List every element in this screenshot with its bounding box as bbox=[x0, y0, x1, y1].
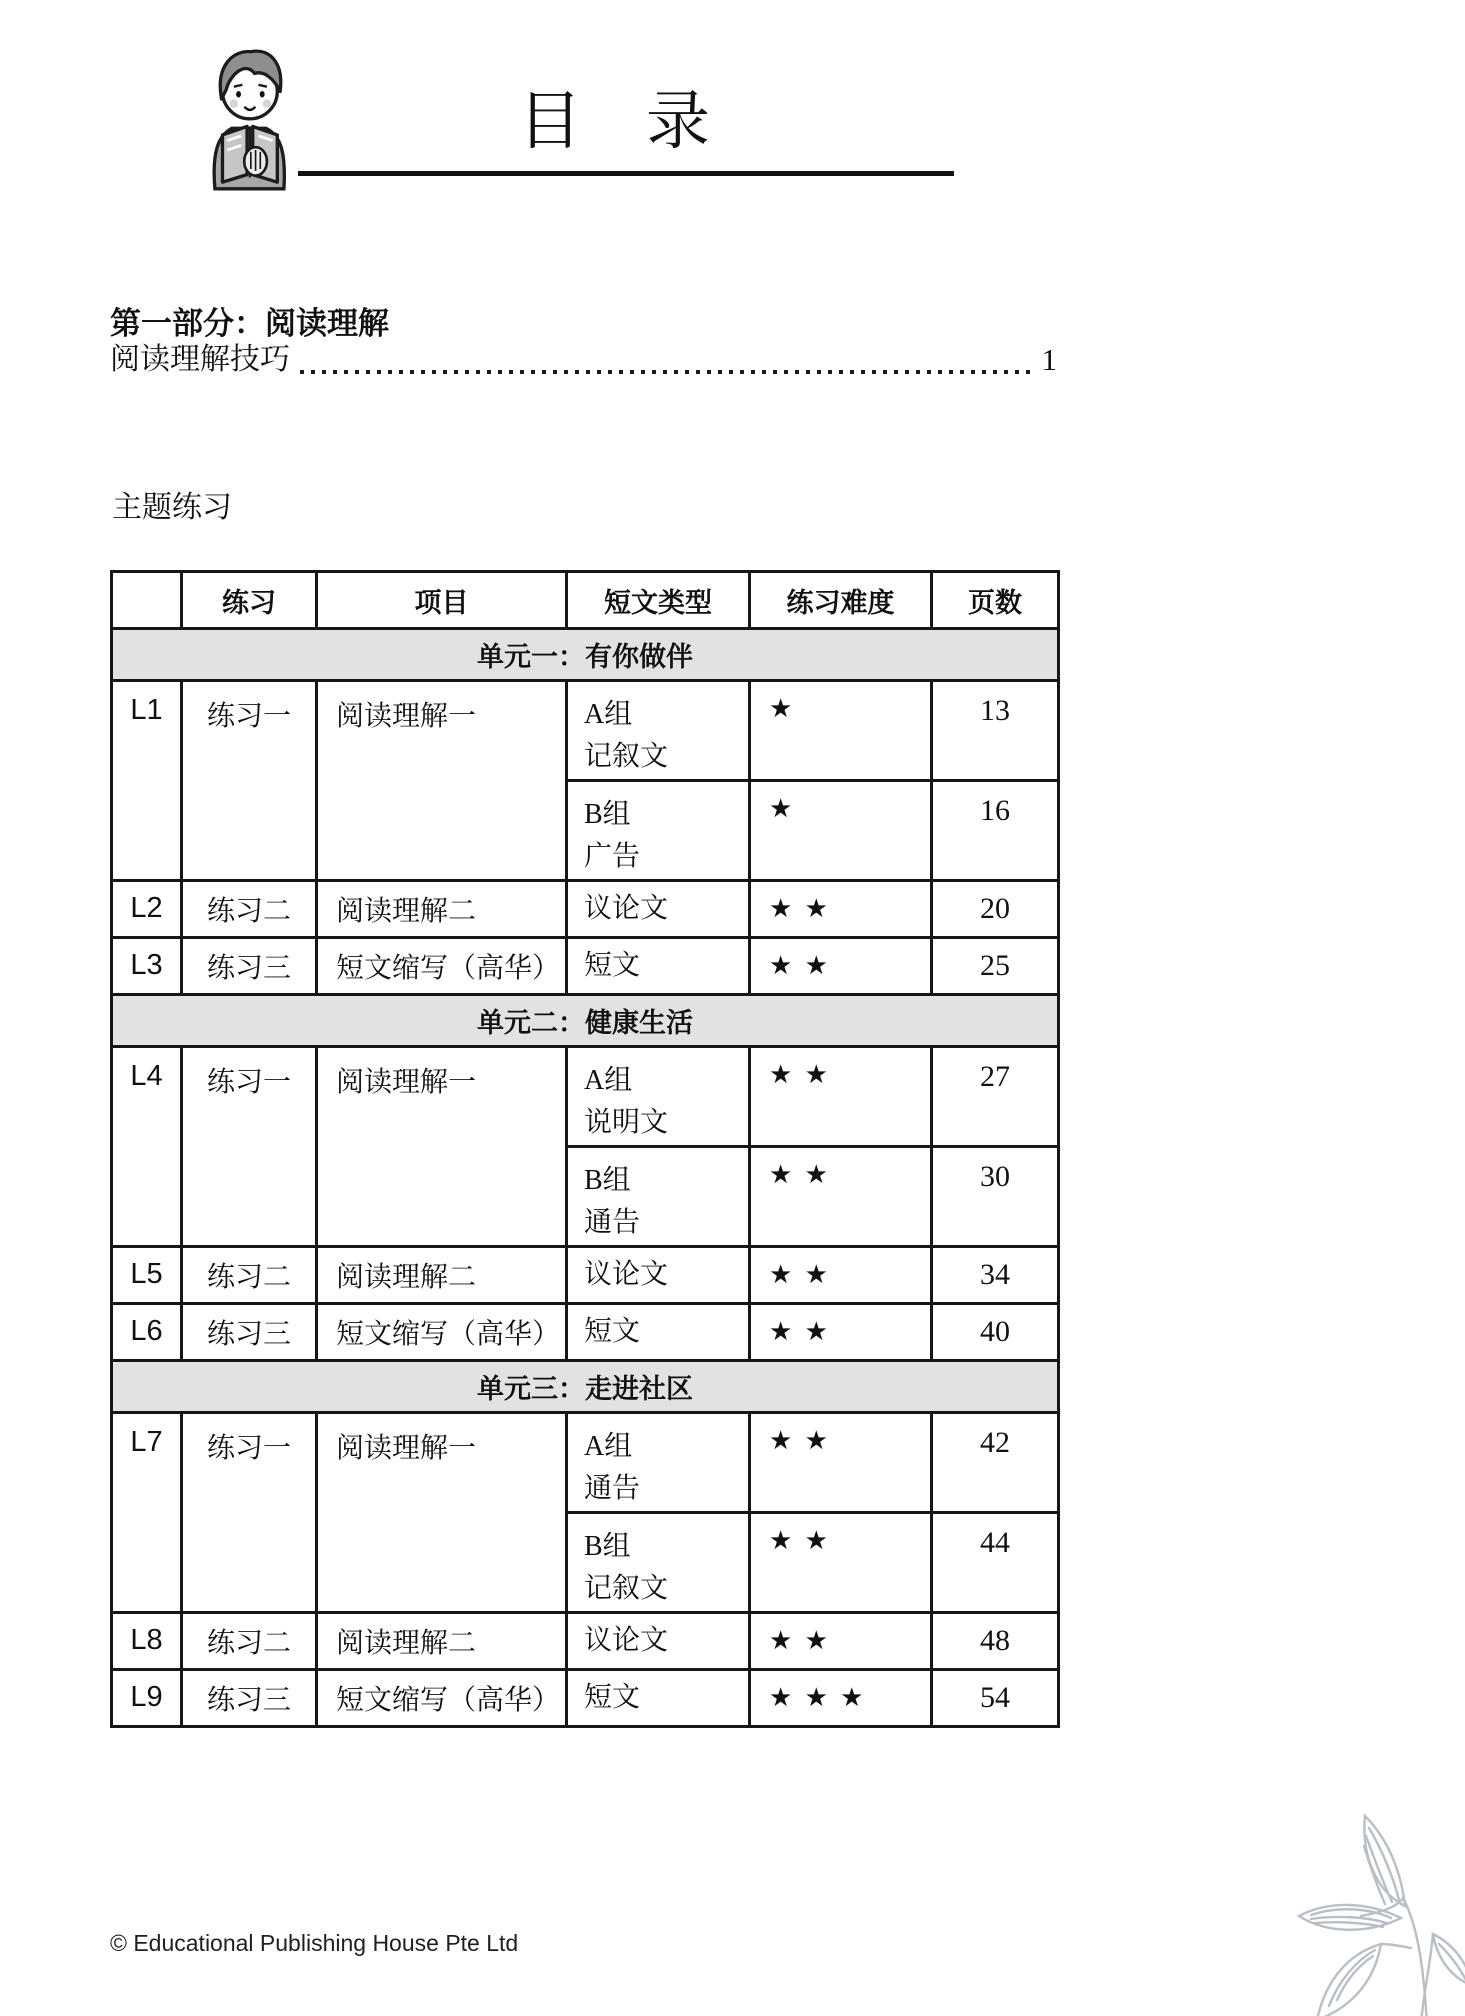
unit-title: 单元二：健康生活 bbox=[112, 995, 1059, 1047]
cell-exercise: 练习一 bbox=[182, 1413, 317, 1613]
text-type-line: 议论文 bbox=[584, 1620, 747, 1662]
column-header-3: 短文类型 bbox=[567, 572, 750, 629]
cell-difficulty-stars: ★ ★ ★ bbox=[750, 1670, 932, 1727]
cell-item: 短文缩写（高华） bbox=[317, 1670, 567, 1727]
toc-leader-dots bbox=[300, 340, 1034, 380]
cell-difficulty-stars: ★ ★ bbox=[750, 1513, 932, 1613]
text-type-line: 议论文 bbox=[584, 1254, 747, 1296]
cell-lesson-id: L5 bbox=[112, 1247, 182, 1304]
cell-text-type: 短文 bbox=[567, 1670, 750, 1727]
cell-exercise: 练习二 bbox=[182, 1613, 317, 1670]
page-title: 目 录 bbox=[300, 74, 952, 170]
lesson-row-L4-a: L4练习一阅读理解一A组说明文★ ★27 bbox=[112, 1047, 1059, 1147]
text-type-line: 广告 bbox=[584, 836, 747, 878]
cell-page-number: 27 bbox=[932, 1047, 1059, 1147]
cell-exercise: 练习三 bbox=[182, 938, 317, 995]
unit-header-row: 单元一：有你做伴 bbox=[112, 629, 1059, 681]
cell-item: 阅读理解二 bbox=[317, 1613, 567, 1670]
cell-text-type: A组通告 bbox=[567, 1413, 750, 1513]
text-type-line: 说明文 bbox=[584, 1102, 747, 1144]
column-header-1: 练习 bbox=[182, 572, 317, 629]
cell-text-type: 短文 bbox=[567, 938, 750, 995]
lesson-row-L5: L5练习二阅读理解二议论文★ ★34 bbox=[112, 1247, 1059, 1304]
cell-difficulty-stars: ★ ★ bbox=[750, 1047, 932, 1147]
lesson-row-L7-a: L7练习一阅读理解一A组通告★ ★42 bbox=[112, 1413, 1059, 1513]
reading-person-illustration bbox=[196, 40, 300, 192]
cell-text-type: 短文 bbox=[567, 1304, 750, 1361]
cell-lesson-id: L7 bbox=[112, 1413, 182, 1613]
toc-entry-page: 1 bbox=[1042, 340, 1058, 380]
lesson-row-L8: L8练习二阅读理解二议论文★ ★48 bbox=[112, 1613, 1059, 1670]
toc-entry-row: 阅读理解技巧 1 bbox=[110, 340, 1057, 380]
unit-title: 单元三：走进社区 bbox=[112, 1361, 1059, 1413]
cell-exercise: 练习三 bbox=[182, 1304, 317, 1361]
lesson-row-L1-a: L1练习一阅读理解一A组记叙文★13 bbox=[112, 681, 1059, 781]
toc-page: 目 录 第一部分：阅读理解 阅读理解技巧 1 主题练习 练习项目短文类型练习难度… bbox=[0, 0, 1465, 2016]
cell-difficulty-stars: ★ ★ bbox=[750, 881, 932, 938]
table-header-row: 练习项目短文类型练习难度页数 bbox=[112, 572, 1059, 629]
text-type-line: B组 bbox=[584, 1160, 747, 1202]
cell-lesson-id: L3 bbox=[112, 938, 182, 995]
cell-item: 阅读理解一 bbox=[317, 1413, 567, 1613]
text-type-line: A组 bbox=[584, 1060, 747, 1102]
cell-lesson-id: L4 bbox=[112, 1047, 182, 1247]
cell-text-type: 议论文 bbox=[567, 1247, 750, 1304]
cell-difficulty-stars: ★ bbox=[750, 781, 932, 881]
cell-exercise: 练习二 bbox=[182, 881, 317, 938]
theme-heading: 主题练习 bbox=[112, 482, 232, 526]
cell-difficulty-stars: ★ ★ bbox=[750, 1413, 932, 1513]
unit-header-row: 单元三：走进社区 bbox=[112, 1361, 1059, 1413]
toc-table-body: 单元一：有你做伴L1练习一阅读理解一A组记叙文★13B组广告★16L2练习二阅读… bbox=[112, 629, 1059, 1727]
cell-text-type: 议论文 bbox=[567, 1613, 750, 1670]
cell-difficulty-stars: ★ ★ bbox=[750, 1147, 932, 1247]
cell-difficulty-stars: ★ bbox=[750, 681, 932, 781]
cell-text-type: B组记叙文 bbox=[567, 1513, 750, 1613]
cell-text-type: 议论文 bbox=[567, 881, 750, 938]
unit-header-row: 单元二：健康生活 bbox=[112, 995, 1059, 1047]
part1-heading: 第一部分：阅读理解 bbox=[110, 298, 389, 343]
text-type-line: 议论文 bbox=[584, 888, 747, 930]
column-header-2: 项目 bbox=[317, 572, 567, 629]
cell-exercise: 练习一 bbox=[182, 681, 317, 881]
cell-text-type: B组广告 bbox=[567, 781, 750, 881]
cell-difficulty-stars: ★ ★ bbox=[750, 1304, 932, 1361]
cell-item: 短文缩写（高华） bbox=[317, 1304, 567, 1361]
cell-exercise: 练习二 bbox=[182, 1247, 317, 1304]
column-header-5: 页数 bbox=[932, 572, 1059, 629]
cell-page-number: 54 bbox=[932, 1670, 1059, 1727]
text-type-line: 短文 bbox=[584, 945, 747, 987]
cell-item: 阅读理解二 bbox=[317, 881, 567, 938]
cell-lesson-id: L2 bbox=[112, 881, 182, 938]
cell-page-number: 42 bbox=[932, 1413, 1059, 1513]
leaf-decoration-icon bbox=[1275, 1806, 1465, 2016]
text-type-line: 记叙文 bbox=[584, 1568, 747, 1610]
cell-lesson-id: L1 bbox=[112, 681, 182, 881]
cell-difficulty-stars: ★ ★ bbox=[750, 1613, 932, 1670]
text-type-line: 短文 bbox=[584, 1311, 747, 1353]
cell-item: 阅读理解一 bbox=[317, 1047, 567, 1247]
cell-page-number: 40 bbox=[932, 1304, 1059, 1361]
title-underline bbox=[298, 171, 954, 176]
cell-item: 阅读理解一 bbox=[317, 681, 567, 881]
cell-page-number: 34 bbox=[932, 1247, 1059, 1304]
column-header-0 bbox=[112, 572, 182, 629]
text-type-line: A组 bbox=[584, 1426, 747, 1468]
cell-lesson-id: L8 bbox=[112, 1613, 182, 1670]
cell-text-type: A组说明文 bbox=[567, 1047, 750, 1147]
lesson-row-L3: L3练习三短文缩写（高华）短文★ ★25 bbox=[112, 938, 1059, 995]
cell-lesson-id: L9 bbox=[112, 1670, 182, 1727]
unit-title: 单元一：有你做伴 bbox=[112, 629, 1059, 681]
text-type-line: 通告 bbox=[584, 1468, 747, 1510]
cell-item: 阅读理解二 bbox=[317, 1247, 567, 1304]
text-type-line: B组 bbox=[584, 794, 747, 836]
cell-page-number: 16 bbox=[932, 781, 1059, 881]
text-type-line: 短文 bbox=[584, 1677, 747, 1719]
cell-text-type: B组通告 bbox=[567, 1147, 750, 1247]
cell-item: 短文缩写（高华） bbox=[317, 938, 567, 995]
cell-page-number: 25 bbox=[932, 938, 1059, 995]
cell-text-type: A组记叙文 bbox=[567, 681, 750, 781]
column-header-4: 练习难度 bbox=[750, 572, 932, 629]
copyright-text: © Educational Publishing House Pte Ltd bbox=[110, 1930, 518, 1957]
toc-table: 练习项目短文类型练习难度页数 单元一：有你做伴L1练习一阅读理解一A组记叙文★1… bbox=[110, 570, 1060, 1728]
lesson-row-L9: L9练习三短文缩写（高华）短文★ ★ ★54 bbox=[112, 1670, 1059, 1727]
cell-exercise: 练习一 bbox=[182, 1047, 317, 1247]
toc-entry-label: 阅读理解技巧 bbox=[110, 340, 290, 380]
cell-difficulty-stars: ★ ★ bbox=[750, 1247, 932, 1304]
text-type-line: B组 bbox=[584, 1526, 747, 1568]
lesson-row-L6: L6练习三短文缩写（高华）短文★ ★40 bbox=[112, 1304, 1059, 1361]
text-type-line: A组 bbox=[584, 694, 747, 736]
cell-lesson-id: L6 bbox=[112, 1304, 182, 1361]
cell-page-number: 30 bbox=[932, 1147, 1059, 1247]
text-type-line: 记叙文 bbox=[584, 736, 747, 778]
cell-page-number: 48 bbox=[932, 1613, 1059, 1670]
cell-page-number: 20 bbox=[932, 881, 1059, 938]
text-type-line: 通告 bbox=[584, 1202, 747, 1244]
cell-page-number: 44 bbox=[932, 1513, 1059, 1613]
cell-page-number: 13 bbox=[932, 681, 1059, 781]
cell-exercise: 练习三 bbox=[182, 1670, 317, 1727]
lesson-row-L2: L2练习二阅读理解二议论文★ ★20 bbox=[112, 881, 1059, 938]
cell-difficulty-stars: ★ ★ bbox=[750, 938, 932, 995]
